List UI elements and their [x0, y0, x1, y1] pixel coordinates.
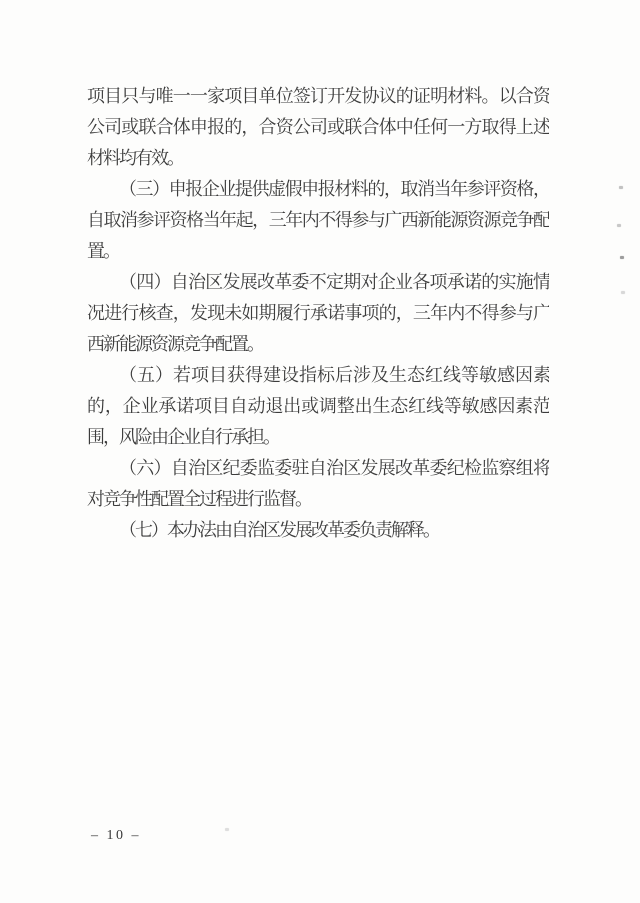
- scan-artifact: [619, 186, 623, 189]
- text-line: 围，风险由企业自行承担。: [87, 422, 549, 453]
- text-line: 项目只与唯一一家项目单位签订开发协议的证明材料。以合资: [87, 81, 549, 112]
- text-line: （四）自治区发展改革委不定期对企业各项承诺的实施情: [87, 267, 549, 298]
- scan-artifact: [617, 224, 621, 227]
- text-line: 况进行核查，发现未如期履行承诺事项的，三年内不得参与广: [87, 298, 549, 329]
- text-line: 置。: [87, 236, 549, 267]
- text-line: 的，企业承诺项目自动退出或调整出生态红线等敏感因素范: [87, 391, 549, 422]
- text-line: 自取消参评资格当年起，三年内不得参与广西新能源资源竞争配: [87, 205, 549, 236]
- text-line: 材料均有效。: [87, 143, 549, 174]
- text-line: （三）申报企业提供虚假申报材料的，取消当年参评资格，: [87, 174, 549, 205]
- text-line: （六）自治区纪委监委驻自治区发展改革委纪检监察组将: [87, 453, 549, 484]
- text-line: （七）本办法由自治区发展改革委负责解释。: [87, 515, 549, 546]
- text-line: 对竞争性配置全过程进行监督。: [87, 484, 549, 515]
- scanned-document-page: 项目只与唯一一家项目单位签订开发协议的证明材料。以合资 公司或联合体申报的，合资…: [0, 0, 640, 903]
- scan-artifact: [225, 828, 229, 831]
- page-number: – 10 –: [91, 828, 141, 844]
- text-line: 公司或联合体申报的，合资公司或联合体中任何一方取得上述: [87, 112, 549, 143]
- scan-artifact: [621, 291, 625, 294]
- text-line: （五）若项目获得建设指标后涉及生态红线等敏感因素: [87, 360, 549, 391]
- document-body: 项目只与唯一一家项目单位签订开发协议的证明材料。以合资 公司或联合体申报的，合资…: [87, 81, 549, 546]
- text-line: 西新能源资源竞争配置。: [87, 329, 549, 360]
- scan-artifact: [620, 256, 624, 259]
